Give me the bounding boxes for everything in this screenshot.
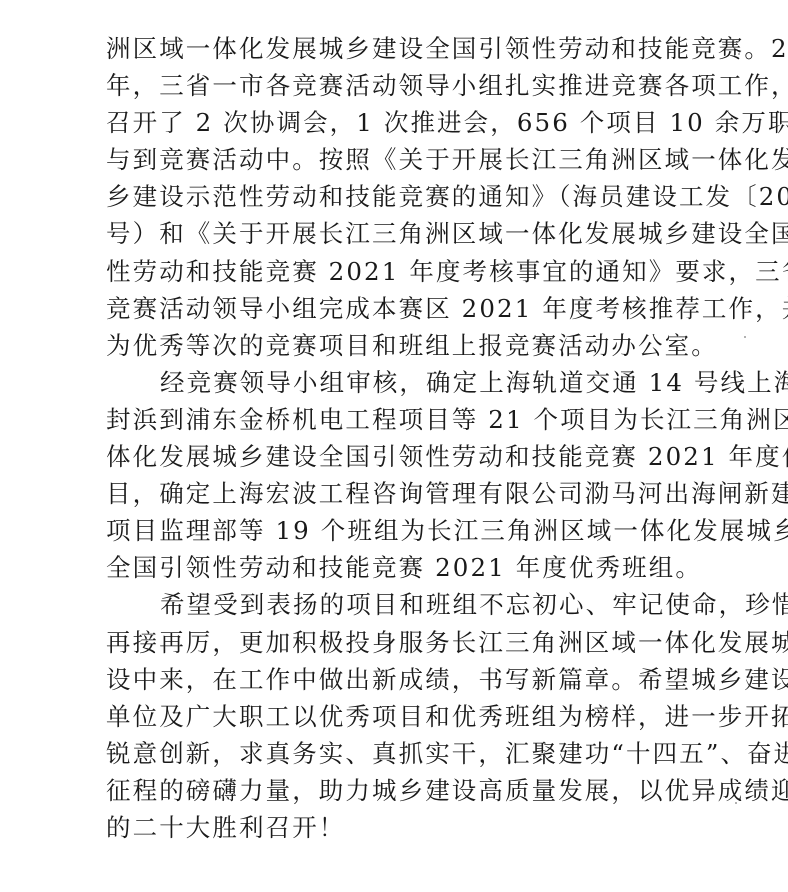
- text-line: 性劳动和技能竞赛 2021 年度考核事宜的通知》要求，三省一市各: [106, 253, 700, 290]
- text-line: 召开了 2 次协调会，1 次推进会，656 个项目 10 余万职工积极参: [106, 104, 700, 141]
- text-line: 为优秀等次的竞赛项目和班组上报竞赛活动办公室。: [106, 327, 700, 364]
- text-line: 号）和《关于开展长江三角洲区域一体化发展城乡建设全国引领: [106, 215, 700, 252]
- text-line: 单位及广大职工以优秀项目和优秀班组为榜样，进一步开拓进取、: [106, 698, 700, 735]
- text-line: 洲区域一体化发展城乡建设全国引领性劳动和技能竞赛。2021: [106, 30, 700, 67]
- text-line: 年，三省一市各竞赛活动领导小组扎实推进竞赛各项工作，先后: [106, 67, 700, 104]
- text-line: 征程的磅礴力量，助力城乡建设高质量发展，以优异成绩迎接党: [106, 772, 700, 809]
- scan-speck: [738, 53, 740, 55]
- text-line: 竞赛活动领导小组完成本赛区 2021 年度考核推荐工作，并将确定: [106, 290, 700, 327]
- text-line: 设中来，在工作中做出新成绩，书写新篇章。希望城乡建设系统各: [106, 661, 700, 698]
- text-line: 项目监理部等 19 个班组为长江三角洲区域一体化发展城乡建设: [106, 512, 700, 549]
- text-line: 与到竞赛活动中。按照《关于开展长江三角洲区域一体化发展城: [106, 141, 700, 178]
- paragraph-1: 洲区域一体化发展城乡建设全国引领性劳动和技能竞赛。2021 年，三省一市各竞赛活…: [106, 30, 700, 364]
- text-line: 锐意创新，求真务实、真抓实干，汇聚建功“十四五”、奋进新: [106, 735, 700, 772]
- text-line: 体化发展城乡建设全国引领性劳动和技能竞赛 2021 年度优秀项: [106, 438, 700, 475]
- text-line: 目，确定上海宏波工程咨询管理有限公司泐马河出海闸新建工程: [106, 475, 700, 512]
- scan-speck: [735, 802, 737, 804]
- document-page: 洲区域一体化发展城乡建设全国引领性劳动和技能竞赛。2021 年，三省一市各竞赛活…: [106, 30, 700, 846]
- text-line: 希望受到表扬的项目和班组不忘初心、牢记使命，珍惜荣誉、: [106, 586, 700, 623]
- text-line: 经竞赛领导小组审核，确定上海轨道交通 14 号线上海嘉定: [106, 364, 700, 401]
- paragraph-3: 希望受到表扬的项目和班组不忘初心、牢记使命，珍惜荣誉、 再接再厉，更加积极投身服…: [106, 586, 700, 846]
- text-line: 再接再厉，更加积极投身服务长江三角洲区域一体化发展城乡建: [106, 624, 700, 661]
- scan-speck: [744, 336, 746, 338]
- text-line: 封浜到浦东金桥机电工程项目等 21 个项目为长江三角洲区域一: [106, 401, 700, 438]
- paragraph-2: 经竞赛领导小组审核，确定上海轨道交通 14 号线上海嘉定 封浜到浦东金桥机电工程…: [106, 364, 700, 587]
- text-line: 全国引领性劳动和技能竞赛 2021 年度优秀班组。: [106, 549, 700, 586]
- text-line: 的二十大胜利召开！: [106, 809, 700, 846]
- text-line: 乡建设示范性劳动和技能竞赛的通知》（海员建设工发〔2021〕8: [106, 178, 700, 215]
